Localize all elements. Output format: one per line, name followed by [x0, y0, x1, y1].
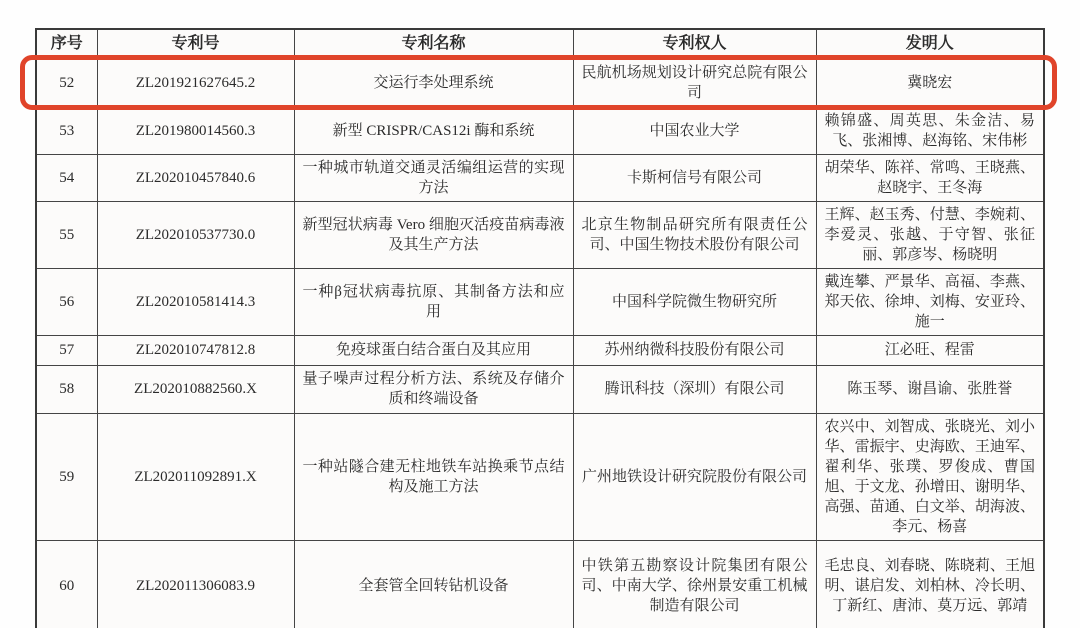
cell-patentee: 广州地铁设计研究院股份有限公司: [573, 413, 816, 540]
cell-patent-number: ZL202010882560.X: [97, 365, 294, 413]
table-row: 56 ZL202010581414.3 一种β冠状病毒抗原、其制备方法和应用 中…: [36, 268, 1044, 335]
cell-patentee: 卡斯柯信号有限公司: [573, 154, 816, 201]
cell-patent-name: 新型冠状病毒 Vero 细胞灭活疫苗病毒液及其生产方法: [294, 201, 573, 268]
cell-inventors: 农兴中、刘智成、张晓光、刘小华、雷振宇、史海欧、王迪军、翟利华、张璞、罗俊成、曹…: [816, 413, 1044, 540]
cell-patent-name: 新型 CRISPR/CAS12i 酶和系统: [294, 107, 573, 154]
col-header-serial: 序号: [36, 29, 97, 59]
cell-patentee: 北京生物制品研究所有限责任公司、中国生物技术股份有限公司: [573, 201, 816, 268]
cell-patent-number: ZL202010747812.8: [97, 335, 294, 365]
cell-patent-number: ZL202011092891.X: [97, 413, 294, 540]
cell-patent-number: ZL201980014560.3: [97, 107, 294, 154]
cell-serial: 56: [36, 268, 97, 335]
cell-serial: 57: [36, 335, 97, 365]
patent-table: 序号 专利号 专利名称 专利权人 发明人 52 ZL201921627645.2…: [35, 28, 1045, 628]
cell-inventors: 冀晓宏: [816, 59, 1044, 107]
cell-patent-name: 量子噪声过程分析方法、系统及存储介质和终端设备: [294, 365, 573, 413]
cell-patent-number: ZL202011306083.9: [97, 540, 294, 628]
cell-patent-name: 一种β冠状病毒抗原、其制备方法和应用: [294, 268, 573, 335]
cell-serial: 55: [36, 201, 97, 268]
cell-patentee: 腾讯科技（深圳）有限公司: [573, 365, 816, 413]
cell-inventors: 江必旺、程雷: [816, 335, 1044, 365]
cell-patent-name: 免疫球蛋白结合蛋白及其应用: [294, 335, 573, 365]
cell-serial: 58: [36, 365, 97, 413]
cell-patentee: 中国科学院微生物研究所: [573, 268, 816, 335]
table-row: 59 ZL202011092891.X 一种站隧合建无柱地铁车站换乘节点结构及施…: [36, 413, 1044, 540]
cell-patent-name: 一种站隧合建无柱地铁车站换乘节点结构及施工方法: [294, 413, 573, 540]
cell-patent-name: 全套管全回转钻机设备: [294, 540, 573, 628]
header-row: 序号 专利号 专利名称 专利权人 发明人: [36, 29, 1044, 59]
table-row: 53 ZL201980014560.3 新型 CRISPR/CAS12i 酶和系…: [36, 107, 1044, 154]
cell-serial: 52: [36, 59, 97, 107]
table-row: 58 ZL202010882560.X 量子噪声过程分析方法、系统及存储介质和终…: [36, 365, 1044, 413]
cell-inventors: 毛忠良、刘春晓、陈晓莉、王旭明、谌启发、刘柏林、冷长明、丁新红、唐沛、莫万远、郭…: [816, 540, 1044, 628]
cell-inventors: 王辉、赵玉秀、付慧、李婉莉、李爱灵、张越、于守智、张征丽、郭彦岑、杨晓明: [816, 201, 1044, 268]
cell-patentee: 苏州纳微科技股份有限公司: [573, 335, 816, 365]
table-row: 57 ZL202010747812.8 免疫球蛋白结合蛋白及其应用 苏州纳微科技…: [36, 335, 1044, 365]
col-header-patent-number: 专利号: [97, 29, 294, 59]
cell-patent-number: ZL202010581414.3: [97, 268, 294, 335]
patent-table-container: 序号 专利号 专利名称 专利权人 发明人 52 ZL201921627645.2…: [35, 28, 1043, 628]
cell-inventors: 陈玉琴、谢昌谕、张胜誉: [816, 365, 1044, 413]
table-row: 55 ZL202010537730.0 新型冠状病毒 Vero 细胞灭活疫苗病毒…: [36, 201, 1044, 268]
table-row: 52 ZL201921627645.2 交运行李处理系统 民航机场规划设计研究总…: [36, 59, 1044, 107]
table-row: 54 ZL202010457840.6 一种城市轨道交通灵活编组运营的实现方法 …: [36, 154, 1044, 201]
cell-inventors: 胡荣华、陈祥、常鸣、王晓燕、赵晓宇、王冬海: [816, 154, 1044, 201]
cell-serial: 54: [36, 154, 97, 201]
cell-inventors: 赖锦盛、周英思、朱金洁、易飞、张湘博、赵海铭、宋伟彬: [816, 107, 1044, 154]
col-header-patentee: 专利权人: [573, 29, 816, 59]
cell-serial: 59: [36, 413, 97, 540]
table-row: 60 ZL202011306083.9 全套管全回转钻机设备 中铁第五勘察设计院…: [36, 540, 1044, 628]
cell-serial: 60: [36, 540, 97, 628]
cell-patentee: 中铁第五勘察设计院集团有限公司、中南大学、徐州景安重工机械制造有限公司: [573, 540, 816, 628]
cell-patent-name: 交运行李处理系统: [294, 59, 573, 107]
cell-serial: 53: [36, 107, 97, 154]
cell-patent-number: ZL202010537730.0: [97, 201, 294, 268]
cell-patent-number: ZL201921627645.2: [97, 59, 294, 107]
col-header-patent-name: 专利名称: [294, 29, 573, 59]
cell-patentee: 民航机场规划设计研究总院有限公司: [573, 59, 816, 107]
document-page: 序号 专利号 专利名称 专利权人 发明人 52 ZL201921627645.2…: [0, 0, 1080, 628]
cell-patentee: 中国农业大学: [573, 107, 816, 154]
cell-patent-number: ZL202010457840.6: [97, 154, 294, 201]
cell-patent-name: 一种城市轨道交通灵活编组运营的实现方法: [294, 154, 573, 201]
col-header-inventors: 发明人: [816, 29, 1044, 59]
cell-inventors: 戴连攀、严景华、高福、李燕、郑天依、徐坤、刘梅、安亚玲、施一: [816, 268, 1044, 335]
